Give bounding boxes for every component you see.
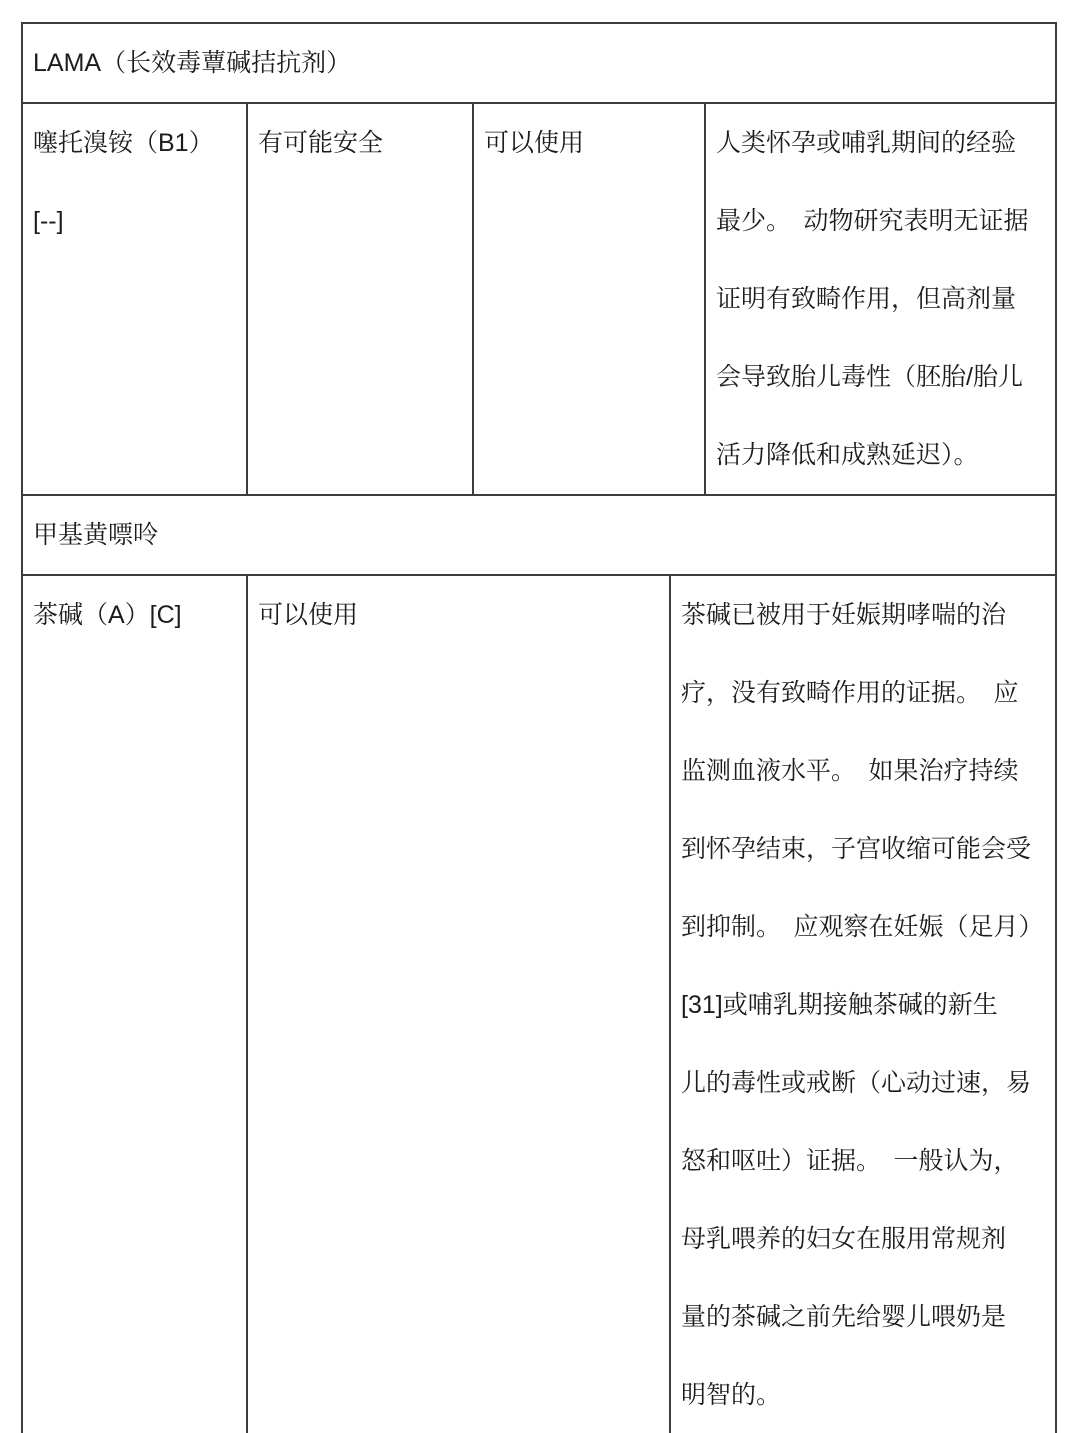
drug-name-cell-tiotropium: 噻托溴铵（B1） [--] (22, 103, 247, 495)
drug-row-theophylline: 茶碱（A）[C] 可以使用 茶碱已被用于妊娠期哮喘的治 疗，没有致畸作用的证据。… (22, 575, 1056, 1433)
group-header-row-methylxanthine: 甲基黄嘌呤 (22, 495, 1056, 575)
group-header-cell-methylxanthine: 甲基黄嘌呤 (22, 495, 1056, 575)
drug-row-tiotropium: 噻托溴铵（B1） [--] 有可能安全 可以使用 人类怀孕或哺乳期间的经验 最少… (22, 103, 1056, 495)
drug-name-tiotropium-text: 噻托溴铵（B1） [--] (23, 104, 246, 260)
notes-cell-tiotropium: 人类怀孕或哺乳期间的经验 最少。 动物研究表明无证据 证明有致畸作用，但高剂量 … (705, 103, 1056, 495)
usage-rating-cell-theophylline: 可以使用 (247, 575, 670, 1433)
pregnancy-rating-tiotropium-text: 有可能安全 (248, 104, 472, 182)
drug-name-cell-theophylline: 茶碱（A）[C] (22, 575, 247, 1433)
notes-cell-theophylline: 茶碱已被用于妊娠期哮喘的治 疗，没有致畸作用的证据。 应 监测血液水平。 如果治… (670, 575, 1056, 1433)
pregnancy-rating-cell-tiotropium: 有可能安全 (247, 103, 473, 495)
notes-tiotropium-text: 人类怀孕或哺乳期间的经验 最少。 动物研究表明无证据 证明有致畸作用，但高剂量 … (706, 104, 1055, 494)
drug-safety-table: LAMA（长效毒蕈碱拮抗剂） 噻托溴铵（B1） [--] 有可能安全 可以使用 … (21, 22, 1057, 1433)
group-header-cell-lama: LAMA（长效毒蕈碱拮抗剂） (22, 23, 1056, 103)
group-header-methylxanthine-text: 甲基黄嘌呤 (23, 496, 1055, 574)
notes-theophylline-text: 茶碱已被用于妊娠期哮喘的治 疗，没有致畸作用的证据。 应 监测血液水平。 如果治… (671, 576, 1055, 1433)
usage-rating-theophylline-text: 可以使用 (248, 576, 669, 654)
lactation-rating-cell-tiotropium: 可以使用 (473, 103, 705, 495)
lactation-rating-tiotropium-text: 可以使用 (474, 104, 704, 182)
drug-name-theophylline-text: 茶碱（A）[C] (23, 576, 246, 654)
group-header-lama-text: LAMA（长效毒蕈碱拮抗剂） (23, 24, 1055, 102)
group-header-row-lama: LAMA（长效毒蕈碱拮抗剂） (22, 23, 1056, 103)
